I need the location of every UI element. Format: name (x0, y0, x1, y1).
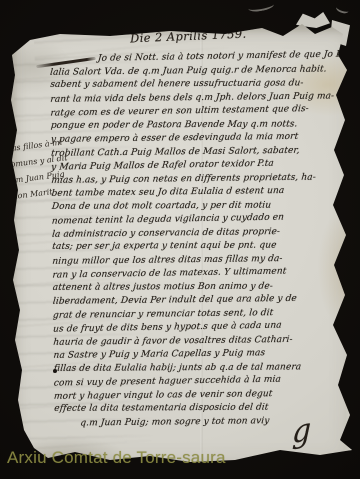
stray-pen-mark (335, 3, 350, 15)
ink-dot (53, 369, 57, 373)
manuscript-page: Die 2 Aprilis 1759. Jo de si Nott. sia à… (4, 22, 356, 470)
date-heading: Die 2 Aprilis 1759. (130, 27, 247, 46)
manuscript-body: Jo de si Nott. sia à tots notori y manif… (50, 49, 351, 431)
margin-cross-mark: + (8, 134, 16, 144)
scanned-document-photo: Die 2 Aprilis 1759. Jo de si Nott. sia à… (0, 0, 360, 479)
margin-note: mas fillos à micomuns y al ditq.m Juan P… (3, 135, 68, 206)
stray-pen-mark (247, 0, 274, 13)
signature-flourish: g (292, 411, 312, 451)
archive-watermark: Arxiu Comtat de Torre-saura (7, 448, 226, 468)
